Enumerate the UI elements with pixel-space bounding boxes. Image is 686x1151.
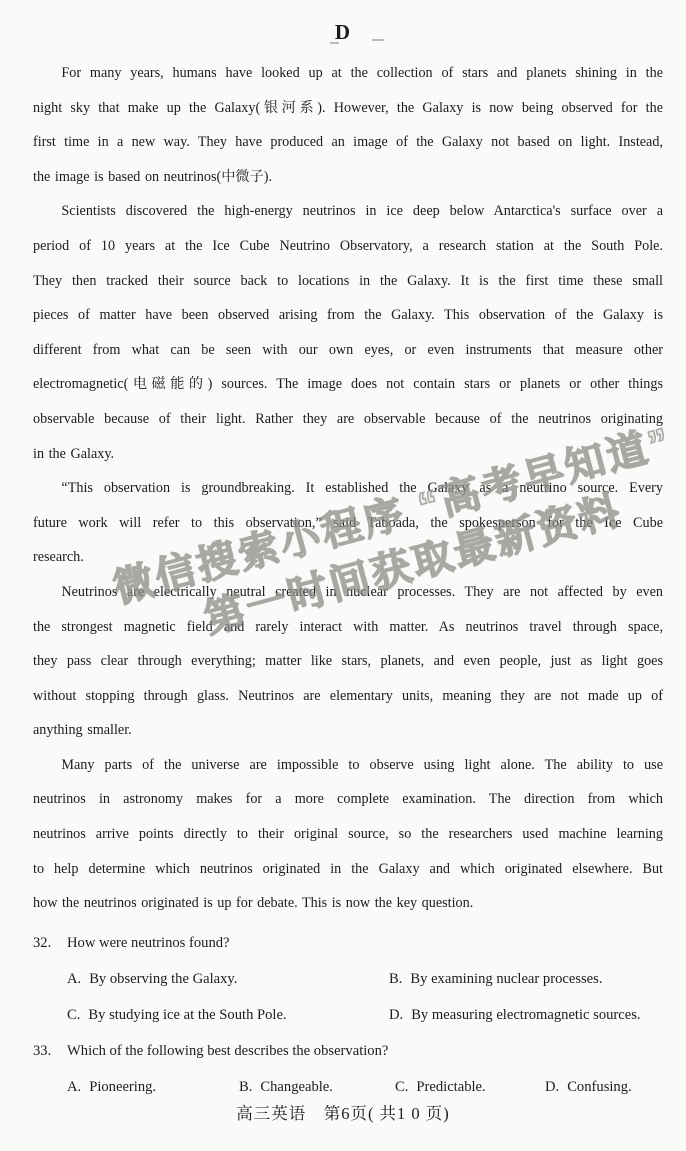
option-32-a: A. By observing the Galaxy.	[67, 961, 389, 997]
passage-line: Scientists discovered the high-energy ne…	[33, 194, 663, 229]
passage-line: research.	[33, 540, 663, 575]
option-text: By examining nuclear processes.	[410, 961, 602, 997]
option-32-b: B. By examining nuclear processes.	[389, 961, 602, 997]
option-label: D.	[389, 997, 403, 1033]
passage-line: anything smaller.	[33, 713, 663, 748]
passage-line: They then tracked their source back to l…	[33, 264, 663, 299]
passage-line: For many years, humans have looked up at…	[33, 56, 663, 91]
passage-line: neutrinos in astronomy makes for a more …	[33, 782, 663, 817]
option-label: A.	[67, 961, 81, 997]
option-32-c: C. By studying ice at the South Pole.	[67, 997, 389, 1033]
passage-line: in the Galaxy.	[33, 437, 663, 472]
question-number: 32.	[33, 925, 67, 961]
questions-section: 32. How were neutrinos found? A. By obse…	[33, 925, 663, 1105]
passage-line: first time in a new way. They have produ…	[33, 125, 663, 160]
scan-artifact-right	[372, 39, 384, 41]
paragraph: Scientists discovered the high-energy ne…	[33, 194, 663, 471]
option-text: By observing the Galaxy.	[89, 961, 237, 997]
option-row: C. By studying ice at the South Pole. D.…	[33, 997, 663, 1033]
passage-line: Neutrinos are electrically neutral creat…	[33, 575, 663, 610]
option-text: By studying ice at the South Pole.	[88, 997, 286, 1033]
question-text: How were neutrinos found?	[67, 925, 230, 961]
passage-line: Many parts of the universe are impossibl…	[33, 748, 663, 783]
option-text: By measuring electromagnetic sources.	[411, 997, 640, 1033]
passage-line: the image is based on neutrinos(中微子).	[33, 160, 663, 195]
section-label: D	[0, 20, 686, 45]
passage-line: to help determine which neutrinos origin…	[33, 852, 663, 887]
passage-line: they pass clear through everything; matt…	[33, 644, 663, 679]
passage-line: observable because of their light. Rathe…	[33, 402, 663, 437]
option-label: C.	[67, 997, 80, 1033]
paragraph: “This observation is groundbreaking. It …	[33, 471, 663, 575]
passage-line: period of 10 years at the Ice Cube Neutr…	[33, 229, 663, 264]
question-text: Which of the following best describes th…	[67, 1033, 388, 1069]
passage-line: different from what can be seen with our…	[33, 333, 663, 368]
passage-line: night sky that make up the Galaxy(银河系). …	[33, 91, 663, 126]
passage-line: the strongest magnetic field and rarely …	[33, 610, 663, 645]
paragraph: Neutrinos are electrically neutral creat…	[33, 575, 663, 748]
passage-line: neutrinos arrive points directly to thei…	[33, 817, 663, 852]
passage-line: without stopping through glass. Neutrino…	[33, 679, 663, 714]
option-32-d: D. By measuring electromagnetic sources.	[389, 997, 641, 1033]
passage-line: future work will refer to this observati…	[33, 506, 663, 541]
passage-line: “This observation is groundbreaking. It …	[33, 471, 663, 506]
paragraph: Many parts of the universe are impossibl…	[33, 748, 663, 921]
question-block-32: 32. How were neutrinos found? A. By obse…	[33, 925, 663, 1033]
page-footer: 高三英语 第6页( 共1 0 页)	[0, 1100, 686, 1128]
question-number: 33.	[33, 1033, 67, 1069]
reading-passage: For many years, humans have looked up at…	[33, 56, 663, 921]
scan-artifact-left	[330, 42, 339, 44]
passage-line: how the neutrinos originated is up for d…	[33, 886, 663, 921]
option-row: A. By observing the Galaxy. B. By examin…	[33, 961, 663, 997]
passage-line: electromagnetic(电磁能的) sources. The image…	[33, 367, 663, 402]
paragraph: For many years, humans have looked up at…	[33, 56, 663, 194]
option-label: B.	[389, 961, 402, 997]
question-block-33: 33. Which of the following best describe…	[33, 1033, 663, 1105]
exam-page: D For many years, humans have looked up …	[0, 0, 686, 1151]
passage-line: pieces of matter have been observed aris…	[33, 298, 663, 333]
